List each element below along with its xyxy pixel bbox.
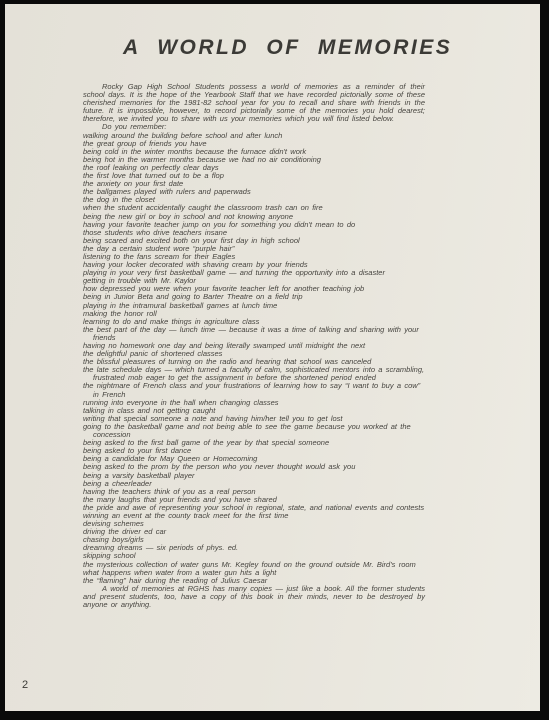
paper-background: A WORLD OF MEMORIES Rocky Gap High Schoo… — [5, 4, 540, 711]
page-number: 2 — [22, 679, 28, 691]
page-title: A WORLD OF MEMORIES — [123, 36, 452, 60]
yearbook-page-scan: A WORLD OF MEMORIES Rocky Gap High Schoo… — [0, 0, 549, 720]
memory-item: the nightmare of French class and your f… — [83, 382, 425, 398]
text-column: Rocky Gap High School Students possess a… — [83, 83, 425, 609]
memory-item: going to the basketball game and not bei… — [83, 423, 425, 439]
intro-paragraph: Rocky Gap High School Students possess a… — [83, 83, 425, 123]
memories-list: walking around the building before schoo… — [83, 132, 425, 585]
closing-paragraph: A world of memories at RGHS has many cop… — [83, 585, 425, 609]
memory-item: the best part of the day — lunch time — … — [83, 326, 425, 342]
memory-item: the late schedule days — which turned a … — [83, 366, 425, 382]
